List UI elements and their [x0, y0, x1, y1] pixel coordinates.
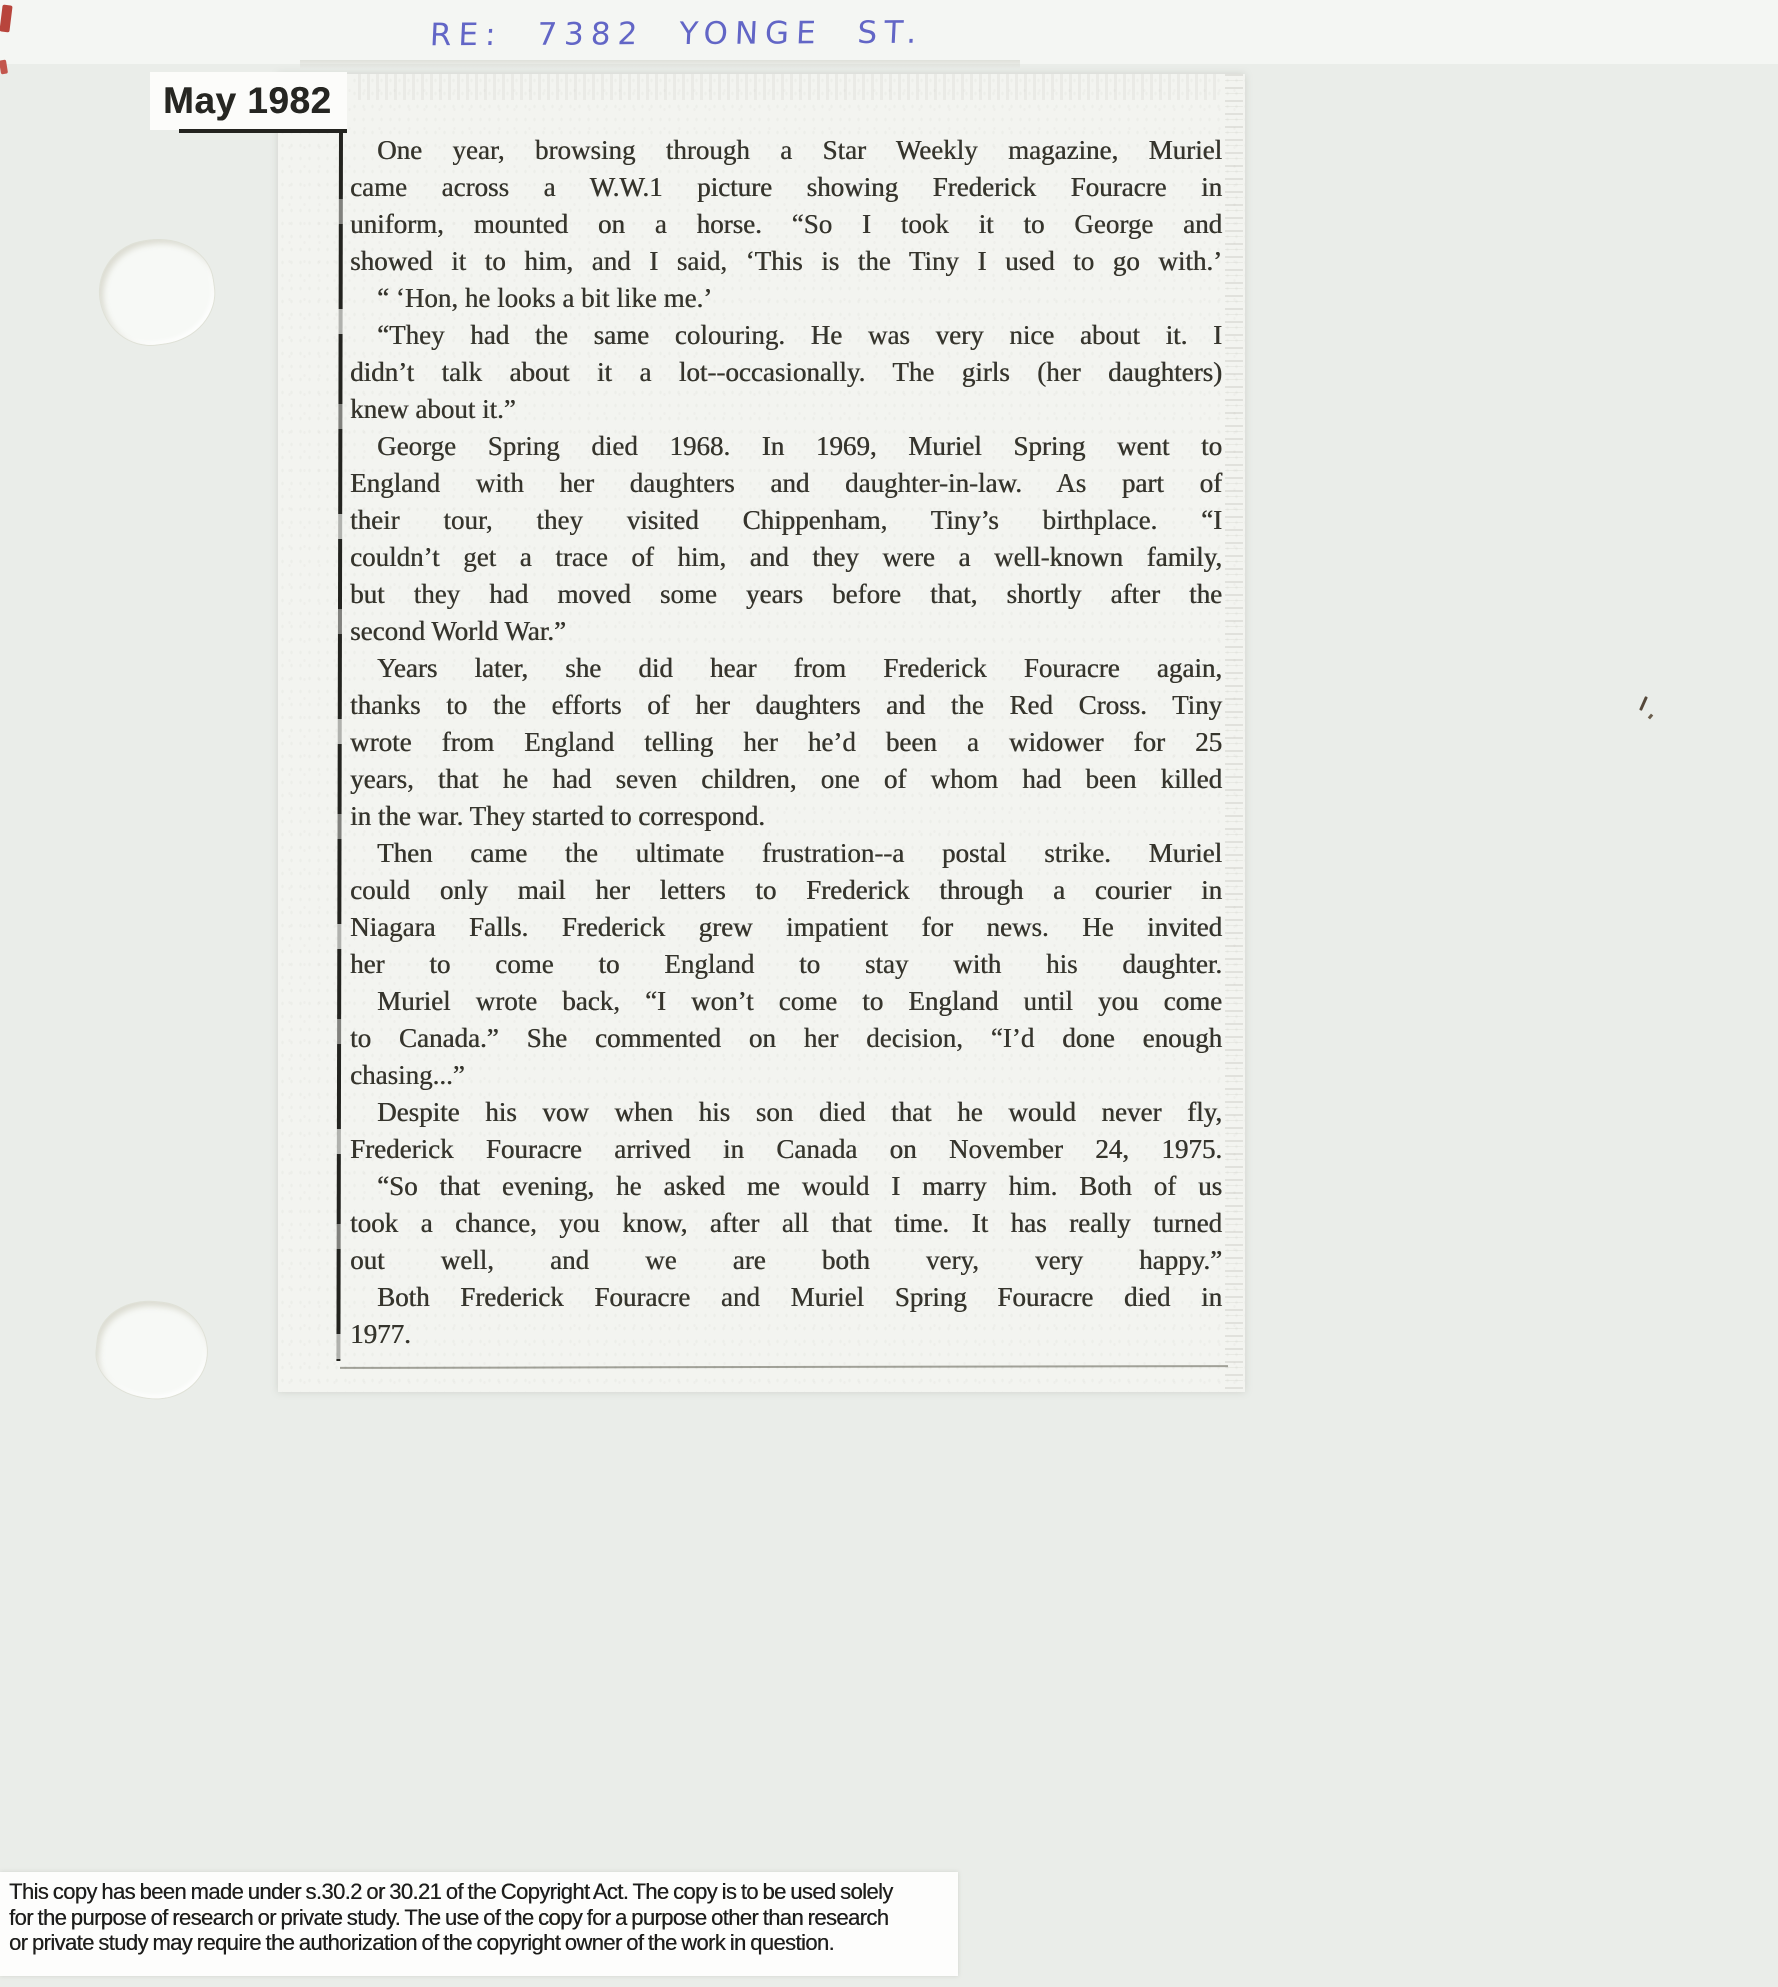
date-label-text: May 1982	[163, 80, 332, 122]
article-line: Then came the ultimate frustration--a po…	[350, 835, 1222, 872]
article-line: wrote from England telling her he’d been…	[350, 724, 1222, 761]
article-line: Frederick Fouracre arrived in Canada on …	[350, 1131, 1222, 1168]
article-line: showed it to him, and I said, ‘This is t…	[350, 243, 1222, 280]
stray-mark	[1639, 696, 1648, 711]
article-line: to Canada.” She commented on her decisio…	[350, 1020, 1222, 1057]
article-line: 1977.	[350, 1316, 1222, 1353]
handwritten-note: RE: 7382 YONGE ST.	[429, 15, 924, 54]
article-line: England with her daughters and daughter-…	[350, 465, 1222, 502]
newspaper-clipping: One year, browsing through a Star Weekly…	[278, 74, 1245, 1392]
copyright-notice-line: or private study may require the authori…	[9, 1930, 958, 1956]
article-line: came across a W.W.1 picture showing Fred…	[350, 169, 1222, 206]
article-line: Muriel wrote back, “I won’t come to Engl…	[350, 983, 1222, 1020]
article-line: One year, browsing through a Star Weekly…	[350, 132, 1222, 169]
article-line: George Spring died 1968. In 1969, Muriel…	[350, 428, 1222, 465]
article-line: “ ‘Hon, he looks a bit like me.’	[350, 280, 1222, 317]
article-text: One year, browsing through a Star Weekly…	[350, 132, 1222, 1353]
date-label: May 1982	[150, 72, 347, 130]
article-line: didn’t talk about it a lot--occasionally…	[350, 354, 1222, 391]
scan-smudge	[300, 60, 1020, 69]
punch-hole-bottom	[92, 1297, 211, 1404]
copyright-notice-line: for the purpose of research or private s…	[9, 1905, 958, 1931]
article-line: but they had moved some years before tha…	[350, 576, 1222, 613]
article-line: thanks to the efforts of her daughters a…	[350, 687, 1222, 724]
article-line: couldn’t get a trace of him, and they we…	[350, 539, 1222, 576]
photocopy-noise-strip	[1225, 74, 1243, 1392]
article-line: their tour, they visited Chippenham, Tin…	[350, 502, 1222, 539]
article-line: uniform, mounted on a horse. “So I took …	[350, 206, 1222, 243]
clipping-bottom-edge	[340, 1365, 1228, 1369]
stray-mark-dot	[1648, 714, 1654, 720]
article-line: “They had the same colouring. He was ver…	[350, 317, 1222, 354]
article-line: took a chance, you know, after all that …	[350, 1205, 1222, 1242]
article-line: years, that he had seven children, one o…	[350, 761, 1222, 798]
copyright-notice-line: This copy has been made under s.30.2 or …	[9, 1879, 958, 1905]
scanned-page: RE: 7382 YONGE ST. One year, browsing th…	[0, 0, 1778, 1987]
article-line: Years later, she did hear from Frederick…	[350, 650, 1222, 687]
clipping-border-horizontal	[179, 129, 347, 133]
photocopy-noise-top	[358, 74, 1218, 100]
article-line: chasing...”	[350, 1057, 1222, 1094]
article-line: her to come to England to stay with his …	[350, 946, 1222, 983]
article-line: in the war. They started to correspond.	[350, 798, 1222, 835]
article-line: knew about it.”	[350, 391, 1222, 428]
article-line: Niagara Falls. Frederick grew impatient …	[350, 909, 1222, 946]
copyright-notice: This copy has been made under s.30.2 or …	[0, 1872, 958, 1976]
article-line: could only mail her letters to Frederick…	[350, 872, 1222, 909]
article-line: second World War.”	[350, 613, 1222, 650]
article-line: out well, and we are both very, very hap…	[350, 1242, 1222, 1279]
article-line: Both Frederick Fouracre and Muriel Sprin…	[350, 1279, 1222, 1316]
punch-hole-top	[93, 233, 220, 352]
article-line: “So that evening, he asked me would I ma…	[350, 1168, 1222, 1205]
article-line: Despite his vow when his son died that h…	[350, 1094, 1222, 1131]
